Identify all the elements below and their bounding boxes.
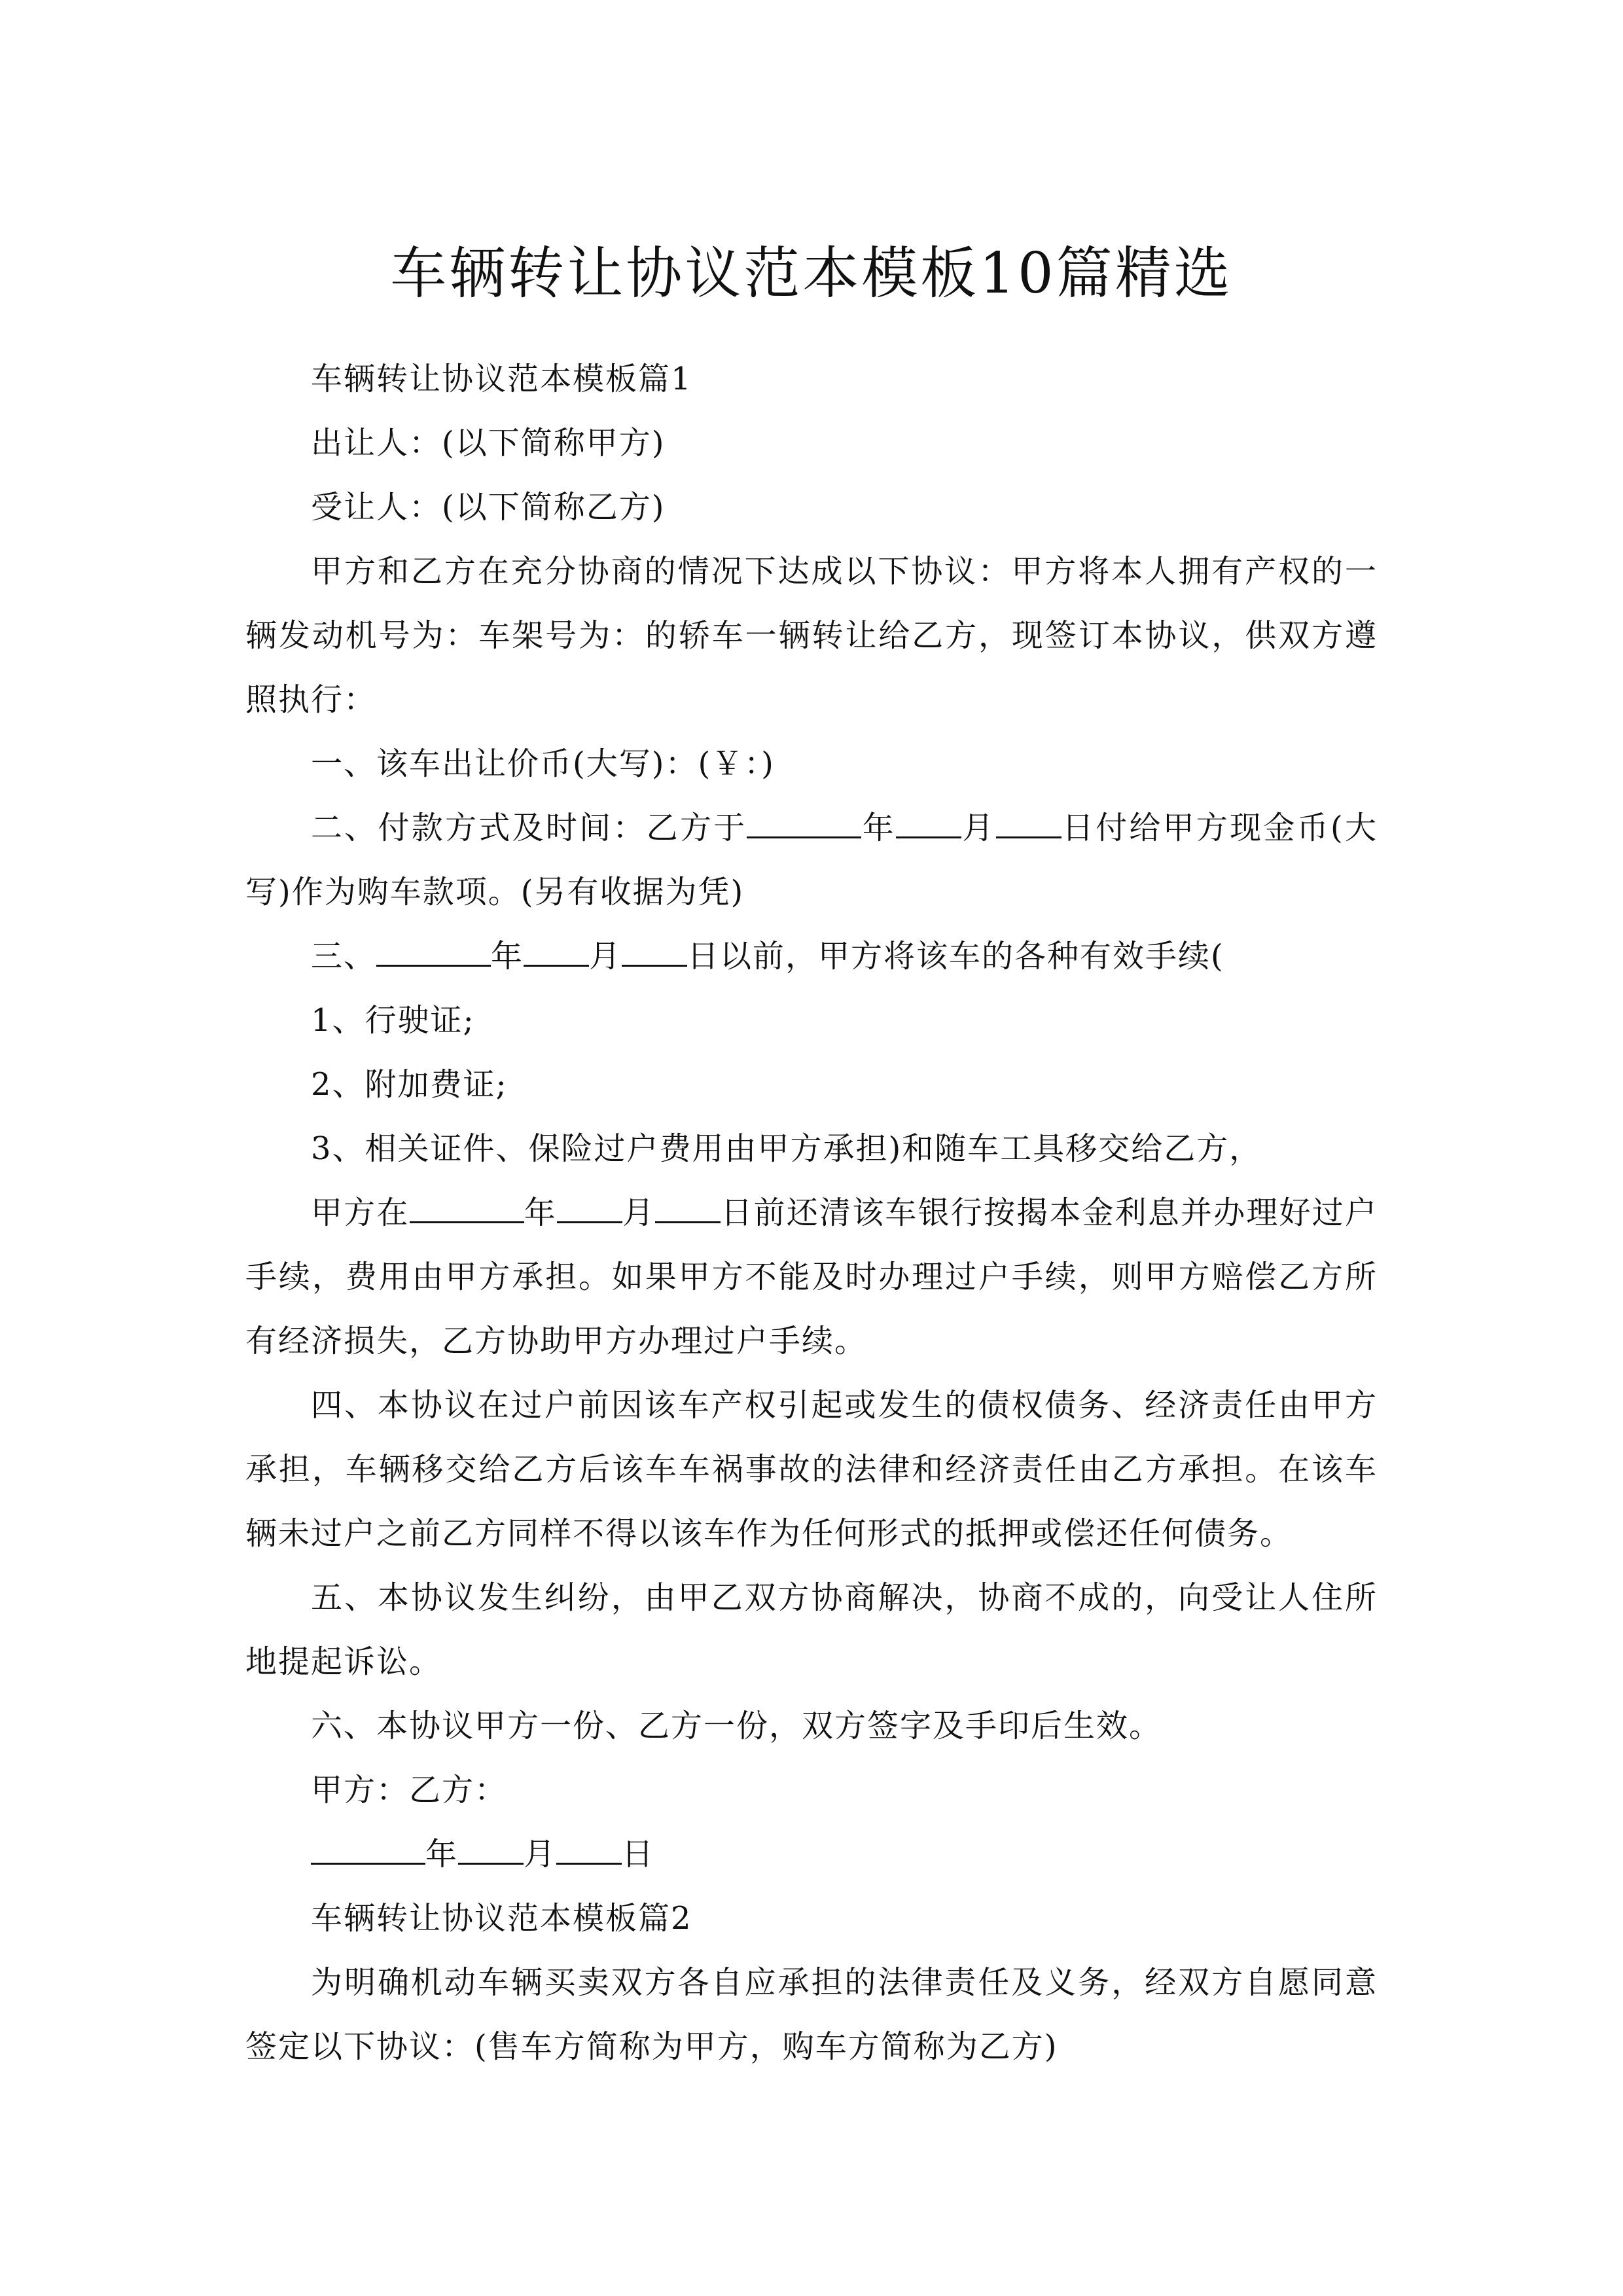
month-blank	[458, 1835, 524, 1865]
year-label: 年	[425, 1836, 458, 1873]
list-item: 2、附加费证;	[245, 1052, 1378, 1117]
repay-prefix: 甲方在	[311, 1194, 410, 1231]
year-blank	[311, 1835, 425, 1865]
list-item: 1、行驶证;	[245, 988, 1378, 1052]
day-blank	[996, 808, 1061, 838]
date-line: 年月日	[245, 1822, 1378, 1886]
transferor-line: 出让人：(以下简称甲方)	[245, 411, 1378, 475]
list-item: 3、相关证件、保险过户费用由甲方承担)和随车工具移交给乙方，	[245, 1117, 1378, 1181]
month-label: 月	[589, 938, 622, 975]
section-2-intro: 为明确机动车辆买卖双方各自应承担的法律责任及义务，经双方自愿同意签定以下协议：(…	[245, 1950, 1378, 2079]
day-blank	[556, 1835, 622, 1865]
month-label: 月	[524, 1836, 556, 1873]
year-label: 年	[861, 810, 896, 846]
day-blank	[622, 937, 687, 967]
clause-3-suffix: 日以前，甲方将该车的各种有效手续(	[687, 938, 1224, 975]
clause-1: 一、该车出让价币(大写)：(￥：)	[245, 732, 1378, 796]
clause-5: 五、本协议发生纠纷，由甲乙双方协商解决，协商不成的，向受让人住所地提起诉讼。	[245, 1566, 1378, 1694]
clause-2-prefix: 二、付款方式及时间：乙方于	[311, 810, 747, 846]
year-blank	[410, 1193, 524, 1223]
day-label: 日	[622, 1836, 654, 1873]
document-title: 车辆转让协议范本模板10篇精选	[245, 238, 1378, 310]
year-blank	[747, 808, 861, 838]
clause-3: 三、年月日以前，甲方将该车的各种有效手续(	[245, 924, 1378, 988]
transferee-line: 受让人：(以下简称乙方)	[245, 475, 1378, 539]
signature-line: 甲方：乙方：	[245, 1758, 1378, 1822]
year-label: 年	[524, 1194, 557, 1231]
year-label: 年	[491, 938, 524, 975]
document-body: 车辆转让协议范本模板篇1 出让人：(以下简称甲方) 受让人：(以下简称乙方) 甲…	[245, 347, 1378, 2079]
month-blank	[524, 937, 589, 967]
month-blank	[896, 808, 961, 838]
clause-4: 四、本协议在过户前因该车产权引起或发生的债权债务、经济责任由甲方承担，车辆移交给…	[245, 1373, 1378, 1566]
year-blank	[376, 937, 491, 967]
clause-6: 六、本协议甲方一份、乙方一份，双方签字及手印后生效。	[245, 1694, 1378, 1758]
day-blank	[655, 1193, 721, 1223]
repay-paragraph: 甲方在年月日前还清该车银行按揭本金利息并办理好过户手续，费用由甲方承担。如果甲方…	[245, 1181, 1378, 1373]
month-label: 月	[622, 1194, 655, 1231]
clause-3-prefix: 三、	[311, 938, 376, 975]
section-heading: 车辆转让协议范本模板篇2	[245, 1886, 1378, 1950]
month-label: 月	[961, 810, 996, 846]
clause-2: 二、付款方式及时间：乙方于年月日付给甲方现金币(大写)作为购车款项。(另有收据为…	[245, 796, 1378, 924]
intro-paragraph: 甲方和乙方在充分协商的情况下达成以下协议：甲方将本人拥有产权的一辆发动机号为：车…	[245, 539, 1378, 732]
month-blank	[557, 1193, 622, 1223]
section-heading: 车辆转让协议范本模板篇1	[245, 347, 1378, 411]
